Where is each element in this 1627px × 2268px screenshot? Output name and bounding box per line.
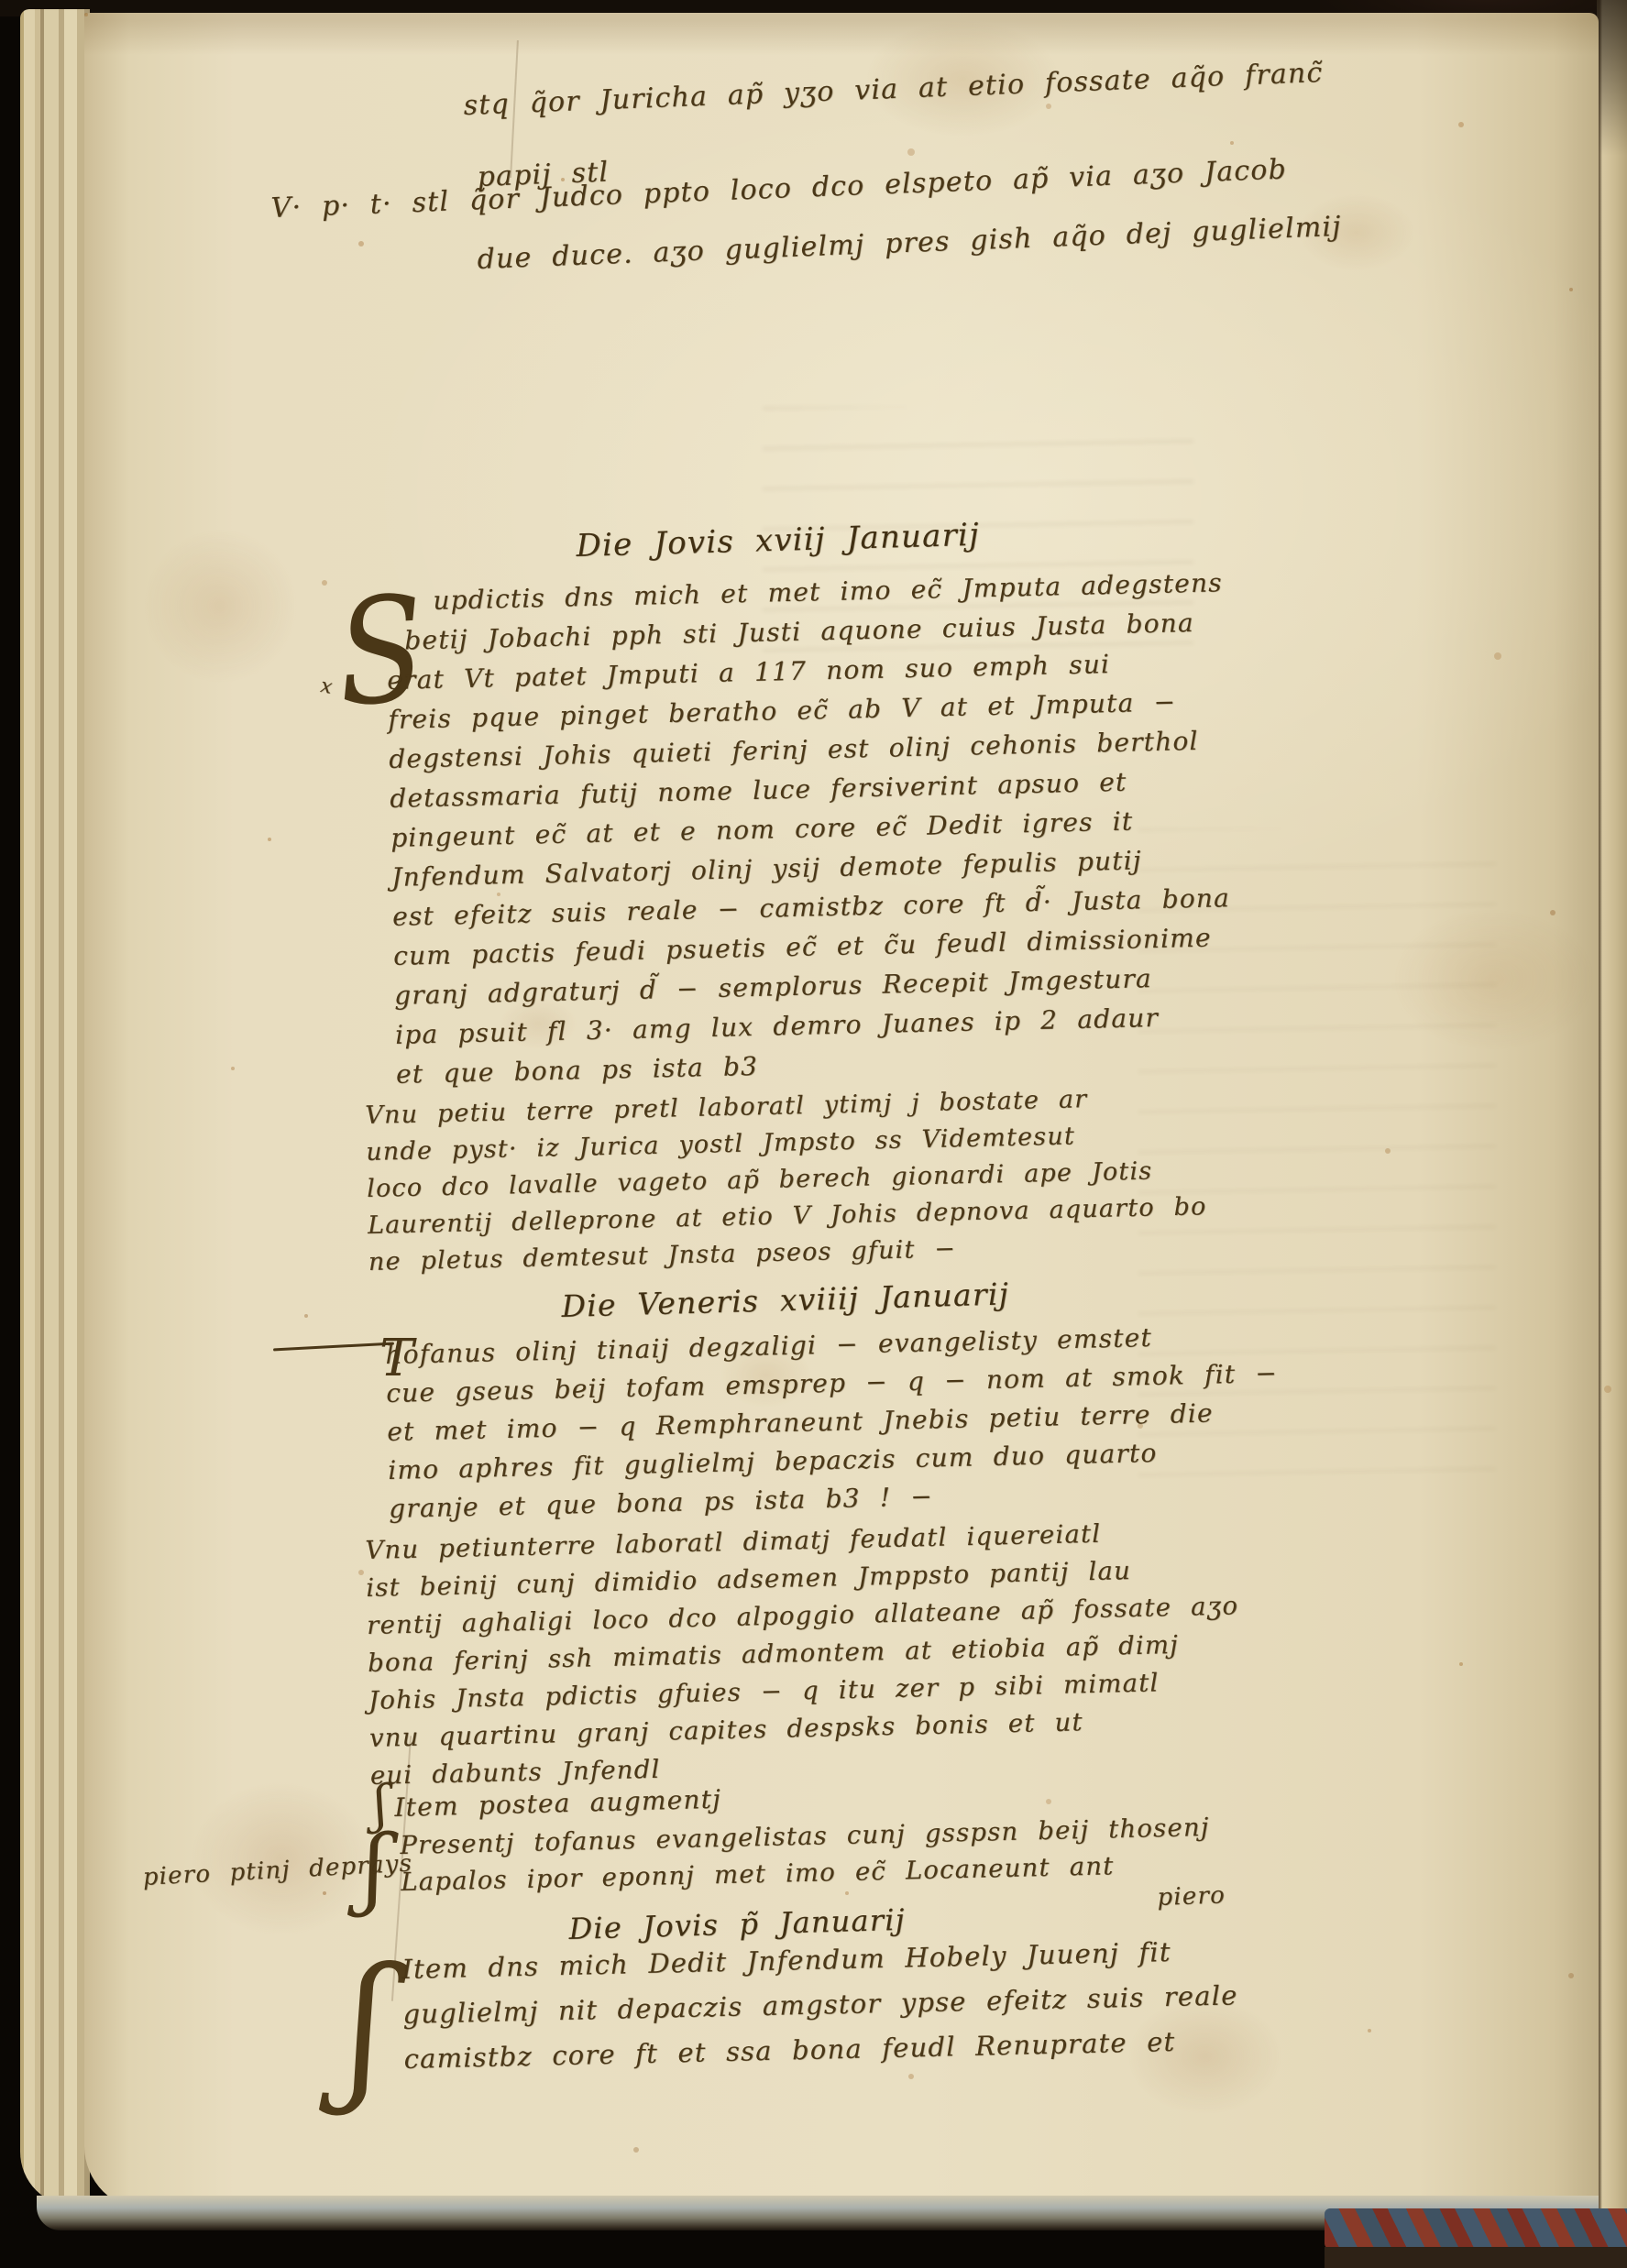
endband-shadow (1325, 2247, 1627, 2268)
manuscript-photo: stq q̃or Juricha ap̃ yʒo via at etio fos… (0, 0, 1627, 2268)
entry-paragraph-2: Vnu petiu terre pretl laboratl ytimj j b… (365, 1082, 1208, 1285)
entry-paragraph-1: updictis dns mich et met imo ec̃ Jmputa … (385, 567, 1234, 1099)
entry-paragraph-4: Vnu petiunterre laboratl dimatj feudatl … (365, 1516, 1242, 1799)
next-page-edge (1597, 0, 1627, 2210)
fore-edge-page-stack (20, 9, 90, 2207)
entry-paragraph-6: Item dns mich Dedit Jnfendum Hobely Juue… (401, 1934, 1239, 2088)
entry-paragraph-3: hofanus olinj tinaij degzaligi − evangel… (385, 1320, 1281, 1532)
endband (1325, 2208, 1627, 2249)
side-name: piero (1157, 1881, 1226, 1912)
